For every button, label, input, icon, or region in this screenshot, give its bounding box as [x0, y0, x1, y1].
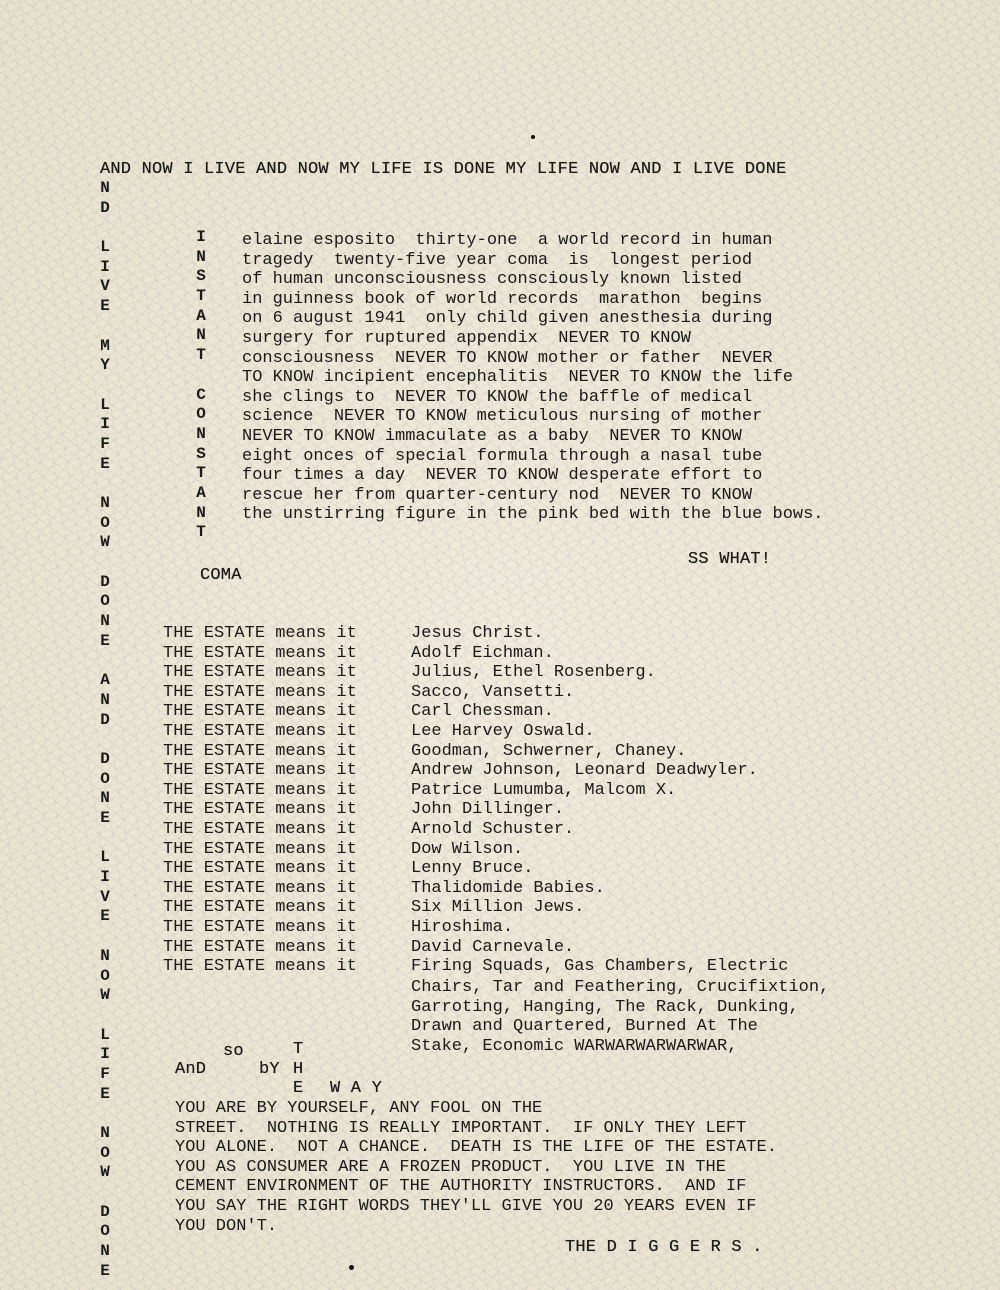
vertical-letter: D	[100, 573, 110, 593]
vertical-letter: Y	[100, 356, 110, 376]
vertical-letter: A	[100, 671, 110, 691]
vertical-letter: D	[100, 750, 110, 770]
estate-item: Hiroshima.	[411, 918, 513, 938]
vertical-letter: W	[100, 533, 110, 553]
vertical-letter: D	[100, 711, 110, 731]
vertical-letter: E	[100, 809, 110, 829]
vertical-letter: D	[100, 199, 110, 219]
vertical-letter: V	[100, 277, 110, 297]
vertical-letter: O	[100, 1144, 110, 1164]
paragraph-line: CEMENT ENVIRONMENT OF THE AUTHORITY INST…	[175, 1177, 777, 1197]
vertical-letter: T	[196, 287, 206, 307]
estate-prefix: THE ESTATE means it	[163, 918, 411, 938]
vertical-letter: O	[100, 770, 110, 790]
list-item: THE ESTATE means itThalidomide Babies.	[163, 879, 788, 899]
word-and: AnD	[175, 1060, 206, 1080]
vertical-letter: E	[100, 632, 110, 652]
estate-prefix: THE ESTATE means it	[163, 859, 411, 879]
paragraph-line: YOU SAY THE RIGHT WORDS THEY'LL GIVE YOU…	[175, 1197, 777, 1217]
vertical-letter: N	[100, 947, 110, 967]
estate-item: Dow Wilson.	[411, 840, 523, 860]
vertical-letter: I	[100, 1045, 110, 1065]
vertical-letter: I	[100, 415, 110, 435]
estate-prefix: THE ESTATE means it	[163, 761, 411, 781]
estate-list-continuation: Chairs, Tar and Feathering, Crucifixtion…	[411, 978, 829, 1056]
estate-prefix: THE ESTATE means it	[163, 742, 411, 762]
vertical-letter: W	[100, 1163, 110, 1183]
letter-t: T	[293, 1040, 303, 1060]
vertical-letter: E	[100, 1085, 110, 1105]
closing-paragraph: YOU ARE BY YOURSELF, ANY FOOL ON THESTRE…	[175, 1099, 777, 1236]
vertical-letter: N	[100, 179, 110, 199]
paragraph-line: YOU DON'T.	[175, 1217, 777, 1237]
vertical-letter: V	[100, 888, 110, 908]
estate-item: Sacco, Vansetti.	[411, 683, 574, 703]
vertical-letter: S	[196, 267, 206, 287]
estate-prefix: THE ESTATE means it	[163, 898, 411, 918]
estate-item: Andrew Johnson, Leonard Deadwyler.	[411, 761, 758, 781]
estate-item: Lenny Bruce.	[411, 859, 533, 879]
paragraph-line: rescue her from quarter-century nod NEVE…	[242, 486, 824, 506]
estate-item: Carl Chessman.	[411, 702, 554, 722]
vertical-letter: T	[196, 464, 206, 484]
so-what-text: SS WHAT!	[688, 550, 771, 570]
vertical-letter: E	[100, 1262, 110, 1282]
vertical-letter: N	[196, 425, 206, 445]
list-item: THE ESTATE means itAndrew Johnson, Leona…	[163, 761, 788, 781]
instant-constant-vertical-text: INSTANTCONSTANT	[192, 228, 210, 543]
estate-item: Thalidomide Babies.	[411, 879, 605, 899]
estate-item: Six Million Jews.	[411, 898, 584, 918]
vertical-letter: O	[100, 514, 110, 534]
ink-speck	[349, 1265, 354, 1270]
estate-prefix: THE ESTATE means it	[163, 683, 411, 703]
paragraph-line: the unstirring figure in the pink bed wi…	[242, 505, 824, 525]
list-item: THE ESTATE means itAdolf Eichman.	[163, 644, 788, 664]
vertical-letter: T	[196, 523, 206, 543]
paragraph-line: elaine esposito thirty-one a world recor…	[242, 231, 824, 251]
vertical-letter: I	[196, 228, 206, 248]
vertical-letter: L	[100, 238, 110, 258]
paragraph-line: surgery for ruptured appendix NEVER TO K…	[242, 329, 824, 349]
list-item: THE ESTATE means itArnold Schuster.	[163, 820, 788, 840]
estate-prefix: THE ESTATE means it	[163, 840, 411, 860]
paragraph-line: she clings to NEVER TO KNOW the baffle o…	[242, 388, 824, 408]
paragraph-line: in guinness book of world records marath…	[242, 290, 824, 310]
list-continuation-line: Drawn and Quartered, Burned At The	[411, 1017, 829, 1037]
list-item: THE ESTATE means itJohn Dillinger.	[163, 800, 788, 820]
vertical-letter: N	[100, 789, 110, 809]
list-item: THE ESTATE means itSix Million Jews.	[163, 898, 788, 918]
paragraph-line: YOU ARE BY YOURSELF, ANY FOOL ON THE	[175, 1099, 777, 1119]
vertical-letter: D	[100, 1203, 110, 1223]
paragraph-line: science NEVER TO KNOW meticulous nursing…	[242, 407, 824, 427]
paragraph-line: TO KNOW incipient encephalitis NEVER TO …	[242, 368, 824, 388]
paragraph-line: STREET. NOTHING IS REALLY IMPORTANT. IF …	[175, 1119, 777, 1139]
paragraph-line: YOU AS CONSUMER ARE A FROZEN PRODUCT. YO…	[175, 1158, 777, 1178]
paragraph-line: consciousness NEVER TO KNOW mother or fa…	[242, 349, 824, 369]
list-item: THE ESTATE means itHiroshima.	[163, 918, 788, 938]
estate-item: John Dillinger.	[411, 800, 564, 820]
estate-item: Goodman, Schwerner, Chaney.	[411, 742, 686, 762]
list-continuation-line: Chairs, Tar and Feathering, Crucifixtion…	[411, 978, 829, 998]
vertical-letter: O	[100, 967, 110, 987]
vertical-letter: E	[100, 455, 110, 475]
estate-item: David Carnevale.	[411, 938, 574, 958]
vertical-letter: M	[100, 337, 110, 357]
paragraph-line: of human unconsciousness consciously kno…	[242, 270, 824, 290]
estate-item: Adolf Eichman.	[411, 644, 554, 664]
estate-prefix: THE ESTATE means it	[163, 957, 411, 977]
vertical-letter: L	[100, 1026, 110, 1046]
vertical-letter: N	[100, 691, 110, 711]
vertical-letter: O	[100, 1222, 110, 1242]
coma-label: COMA	[200, 566, 242, 586]
list-item: THE ESTATE means itGoodman, Schwerner, C…	[163, 742, 788, 762]
vertical-letter: N	[196, 326, 206, 346]
paragraph-line: four times a day NEVER TO KNOW desperate…	[242, 466, 824, 486]
estate-prefix: THE ESTATE means it	[163, 722, 411, 742]
vertical-letter: F	[100, 435, 110, 455]
vertical-letter: N	[196, 504, 206, 524]
vertical-letter: F	[100, 1065, 110, 1085]
estate-prefix: THE ESTATE means it	[163, 938, 411, 958]
vertical-letter: N	[100, 494, 110, 514]
paragraph-line: tragedy twenty-five year coma is longest…	[242, 251, 824, 271]
ink-speck	[531, 135, 535, 139]
list-item: THE ESTATE means itLee Harvey Oswald.	[163, 722, 788, 742]
estate-item: Lee Harvey Oswald.	[411, 722, 595, 742]
vertical-letter: N	[100, 612, 110, 632]
header-line: AND NOW I LIVE AND NOW MY LIFE IS DONE M…	[100, 160, 787, 180]
vertical-letter: I	[100, 868, 110, 888]
estate-prefix: THE ESTATE means it	[163, 702, 411, 722]
vertical-letter: N	[196, 248, 206, 268]
vertical-letter: S	[196, 445, 206, 465]
vertical-letter: C	[196, 386, 206, 406]
list-continuation-line: Garroting, Hanging, The Rack, Dunking,	[411, 998, 829, 1018]
vertical-letter: T	[196, 346, 206, 366]
list-item: THE ESTATE means itSacco, Vansetti.	[163, 683, 788, 703]
vertical-letter: N	[100, 1124, 110, 1144]
vertical-letter: A	[196, 484, 206, 504]
list-item: THE ESTATE means itFiring Squads, Gas Ch…	[163, 957, 788, 977]
list-item: THE ESTATE means itDow Wilson.	[163, 840, 788, 860]
estate-prefix: THE ESTATE means it	[163, 800, 411, 820]
vertical-letter: E	[100, 907, 110, 927]
list-item: THE ESTATE means itDavid Carnevale.	[163, 938, 788, 958]
word-so: so	[223, 1042, 244, 1062]
letter-e: E	[293, 1079, 303, 1099]
estate-item: Firing Squads, Gas Chambers, Electric	[411, 957, 788, 977]
paragraph-line: NEVER TO KNOW immaculate as a baby NEVER…	[242, 427, 824, 447]
estate-item: Jesus Christ.	[411, 624, 544, 644]
list-continuation-line: Stake, Economic WARWARWARWARWAR,	[411, 1037, 829, 1057]
list-item: THE ESTATE means itLenny Bruce.	[163, 859, 788, 879]
vertical-letter: I	[100, 258, 110, 278]
list-item: THE ESTATE means itJulius, Ethel Rosenbe…	[163, 663, 788, 683]
letter-h: H	[293, 1060, 303, 1080]
estate-prefix: THE ESTATE means it	[163, 663, 411, 683]
vertical-letter: O	[100, 592, 110, 612]
estate-item: Arnold Schuster.	[411, 820, 574, 840]
left-vertical-text: NDLIVEMYLIFENOWDONEANDDONELIVENOWLIFENOW…	[96, 179, 114, 1282]
estate-item: Julius, Ethel Rosenberg.	[411, 663, 656, 683]
estate-item: Patrice Lumumba, Malcom X.	[411, 781, 676, 801]
vertical-letter: A	[196, 307, 206, 327]
vertical-letter: E	[100, 297, 110, 317]
paragraph-line: eight onces of special formula through a…	[242, 447, 824, 467]
estate-prefix: THE ESTATE means it	[163, 879, 411, 899]
estate-prefix: THE ESTATE means it	[163, 644, 411, 664]
vertical-letter: W	[100, 986, 110, 1006]
list-item: THE ESTATE means itPatrice Lumumba, Malc…	[163, 781, 788, 801]
word-by: bY	[259, 1060, 280, 1080]
list-item: THE ESTATE means itCarl Chessman.	[163, 702, 788, 722]
estate-prefix: THE ESTATE means it	[163, 624, 411, 644]
signature: THE D I G G E R S .	[565, 1238, 763, 1258]
paragraph-line: on 6 august 1941 only child given anesth…	[242, 309, 824, 329]
word-way: W A Y	[330, 1079, 382, 1099]
vertical-letter: L	[100, 396, 110, 416]
estate-prefix: THE ESTATE means it	[163, 781, 411, 801]
list-item: THE ESTATE means itJesus Christ.	[163, 624, 788, 644]
estate-prefix: THE ESTATE means it	[163, 820, 411, 840]
paragraph-line: YOU ALONE. NOT A CHANCE. DEATH IS THE LI…	[175, 1138, 777, 1158]
estate-list: THE ESTATE means itJesus Christ.THE ESTA…	[163, 624, 788, 977]
coma-paragraph: elaine esposito thirty-one a world recor…	[242, 231, 824, 525]
vertical-letter: L	[100, 848, 110, 868]
vertical-letter: O	[196, 405, 206, 425]
vertical-letter: N	[100, 1242, 110, 1262]
